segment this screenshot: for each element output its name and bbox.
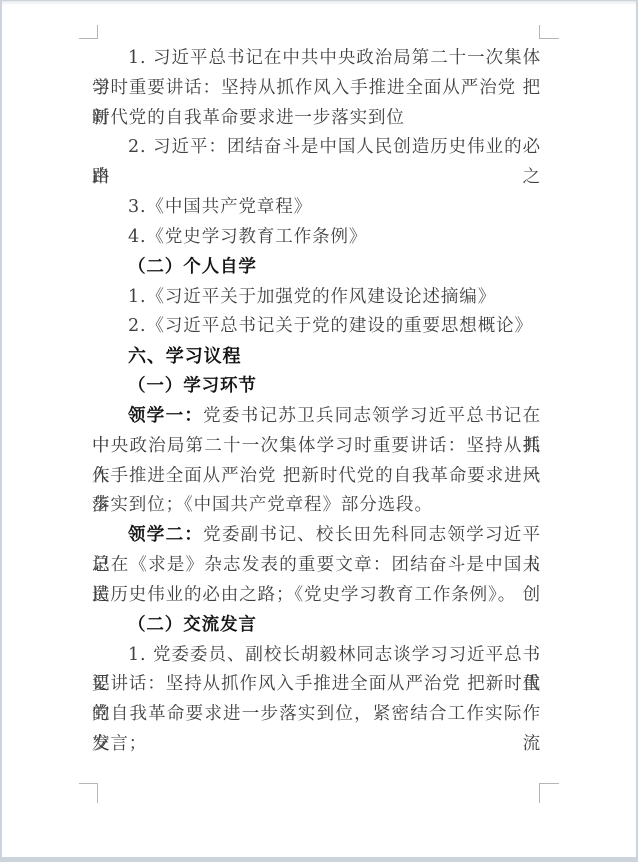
text-run: 造历史伟业的必由之路；《党史学习教育工作条例》。 <box>92 585 516 605</box>
text-run: 2. 习近平：团结奋斗是中国人民创造历史伟业的必由之 <box>92 137 541 187</box>
text-line: 1. 习近平总书记在中共中央政治局第二十一次集体学 <box>92 44 541 74</box>
text-line: 3.《中国共产党章程》 <box>92 193 541 223</box>
text-line: 的自我革命要求进一步落实到位，紧密结合工作实际作交流 <box>92 700 541 730</box>
text-line: 记在《求是》杂志发表的重要文章：团结奋斗是中国人民创 <box>92 551 541 581</box>
text-line: 2. 习近平：团结奋斗是中国人民创造历史伟业的必由之 <box>92 133 541 163</box>
text-line: 领学二：党委副书记、校长田先科同志领学习近平总书 <box>92 521 541 551</box>
text-run: 2.《习近平总书记关于党的建设的重要思想概论》 <box>128 316 533 336</box>
text-line: 中央政治局第二十一次集体学习时重要讲话：坚持从抓作风 <box>92 432 541 462</box>
text-line: 落实到位；《中国共产党章程》部分选段。 <box>92 491 541 521</box>
text-run: （二）个人自学 <box>128 257 257 277</box>
text-line: 入手推进全面从严治党 把新时代党的自我革命要求进一步 <box>92 462 541 492</box>
text-line: 习时重要讲话：坚持从抓作风入手推进全面从严治党 把新 <box>92 74 541 104</box>
text-run: （一）学习环节 <box>128 376 257 396</box>
text-line: 六、学习议程 <box>92 342 541 372</box>
text-line: 领学一：党委书记苏卫兵同志领学习近平总书记在中共 <box>92 402 541 432</box>
crop-mark-top-left-icon <box>79 25 98 39</box>
text-line: （二）交流发言 <box>92 611 541 641</box>
text-line: （二）个人自学 <box>92 253 541 283</box>
text-run: 4.《党史学习教育工作条例》 <box>128 227 367 247</box>
text-run: （二）交流发言 <box>128 615 257 635</box>
text-line: 时代党的自我革命要求进一步落实到位 <box>92 104 541 134</box>
text-line: 2.《习近平总书记关于党的建设的重要思想概论》 <box>92 312 541 342</box>
crop-mark-top-right-icon <box>539 25 559 39</box>
text-run: 3.《中国共产党章程》 <box>128 197 312 217</box>
crop-mark-bottom-left-icon <box>79 783 98 803</box>
text-line: 1.《习近平关于加强党的作风建设论述摘编》 <box>92 283 541 313</box>
text-run: 六、学习议程 <box>128 346 241 367</box>
crop-mark-bottom-right-icon <box>539 783 559 803</box>
text-line: 要讲话：坚持从抓作风入手推进全面从严治党 把新时代党 <box>92 670 541 700</box>
text-line: 造历史伟业的必由之路；《党史学习教育工作条例》。 <box>92 581 541 611</box>
text-run: 时代党的自我革命要求进一步落实到位 <box>92 108 405 128</box>
text-run: 的自我革命要求进一步落实到位，紧密结合工作实际作交流 <box>92 704 541 754</box>
text-run: 1.《习近平关于加强党的作风建设论述摘编》 <box>128 287 496 307</box>
app-background: 1. 习近平总书记在中共中央政治局第二十一次集体学习时重要讲话：坚持从抓作风入手… <box>0 0 638 862</box>
document-page[interactable]: 1. 习近平总书记在中共中央政治局第二十一次集体学习时重要讲话：坚持从抓作风入手… <box>2 1 636 857</box>
text-run: 落实到位；《中国共产党章程》部分选段。 <box>92 495 433 515</box>
text-run: 发言； <box>92 734 147 754</box>
text-line: 1. 党委委员、副校长胡毅林同志谈学习习近平总书记重 <box>92 641 541 671</box>
text-run: 领学一： <box>128 406 203 426</box>
text-line: （一）学习环节 <box>92 372 541 402</box>
text-area[interactable]: 1. 习近平总书记在中共中央政治局第二十一次集体学习时重要讲话：坚持从抓作风入手… <box>92 44 541 760</box>
text-run: 路 <box>92 167 110 187</box>
text-run: 领学二： <box>128 525 203 545</box>
text-line: 4.《党史学习教育工作条例》 <box>92 223 541 253</box>
